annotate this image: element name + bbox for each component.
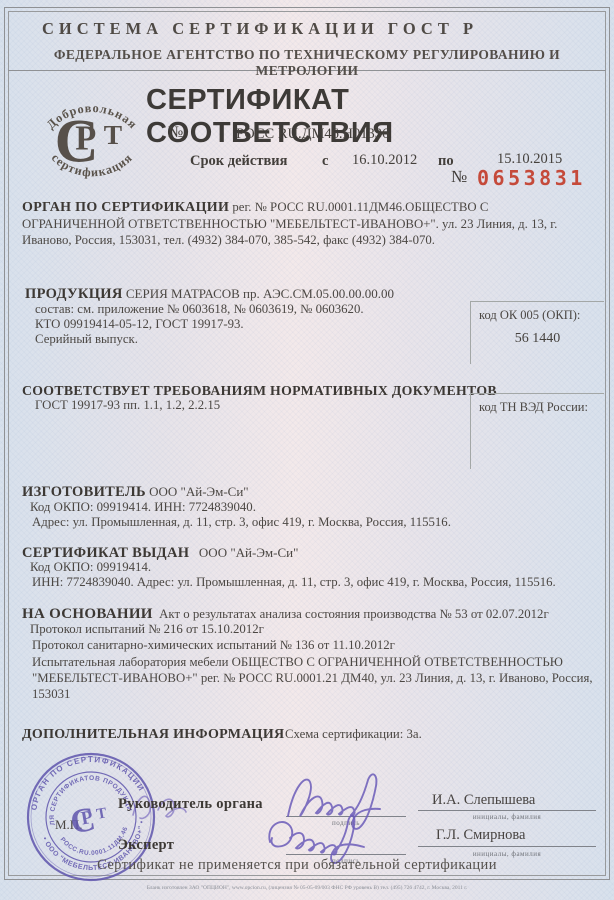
manufacturer-label: ИЗГОТОВИТЕЛЬ (22, 484, 146, 500)
tnved-code-label: код ТН ВЭД России: (479, 400, 604, 415)
basis-label: НА ОСНОВАНИИ (22, 606, 153, 622)
certificate-sheet: СИСТЕМА СЕРТИФИКАЦИИ ГОСТ Р ФЕДЕРАЛЬНОЕ … (0, 0, 614, 900)
name-line-head (418, 794, 596, 811)
validity-label: Срок действия (190, 153, 287, 170)
stamp-rst-monogram: С Р Т (68, 798, 111, 841)
logo-letter-p: Р (75, 120, 96, 158)
conformity-text: ГОСТ 19917-93 пп. 1.1, 1.2, 2.2.15 (35, 398, 220, 413)
name-caption-head: инициалы, фамилия (418, 813, 596, 821)
basis-line: Испытательная лаборатория мебели ОБЩЕСТВ… (32, 654, 594, 702)
okp-code-box: код ОК 005 (ОКП): 56 1440 (470, 301, 604, 364)
product-name: СЕРИЯ МАТРАСОВ пр. АЭС.СМ.05.00.00.00.00 (126, 286, 394, 301)
blank-printer-imprint: Бланк изготовлен ЗАО "ОПЦИОН", www.opcio… (60, 885, 554, 891)
basis-first-line: Акт о результатах анализа состояния прои… (159, 607, 549, 621)
footer-note: Сертификат не применяется при обязательн… (20, 857, 574, 874)
signer-role-head: Руководитель органа (118, 796, 263, 813)
stamp-letter-t: Т (95, 805, 108, 822)
agency-title: ФЕДЕРАЛЬНОЕ АГЕНТСТВО ПО ТЕХНИЧЕСКОМУ РЕ… (20, 47, 594, 79)
manufacturer-name: ООО "Ай-Эм-Си" (149, 484, 248, 499)
issued-to-line: Код ОКПО: 09919414. (30, 560, 590, 575)
basis-line: Протокол испытаний № 216 от 15.10.2012г (30, 622, 590, 637)
additional-info-label: ДОПОЛНИТЕЛЬНАЯ ИНФОРМАЦИЯ (22, 727, 284, 743)
okp-code-value: 56 1440 (471, 331, 604, 347)
blank-number: 0653831 (477, 166, 586, 190)
issued-to-label: СЕРТИФИКАТ ВЫДАН (22, 545, 189, 561)
certification-body-label: ОРГАН ПО СЕРТИФИКАЦИИ (22, 200, 229, 215)
system-title: СИСТЕМА СЕРТИФИКАЦИИ ГОСТ Р (40, 19, 480, 39)
conformity-label: СООТВЕТСТВУЕТ ТРЕБОВАНИЯМ НОРМАТИВНЫХ ДО… (22, 383, 497, 399)
section-certification-body: ОРГАН ПО СЕРТИФИКАЦИИ рег. № РОСС RU.000… (22, 199, 594, 248)
issued-to-name: ООО "Ай-Эм-Си" (199, 545, 298, 560)
validity-date-from: 16.10.2012 (352, 152, 417, 169)
blank-number-sign: № (451, 167, 467, 187)
section-product: ПРОДУКЦИЯ СЕРИЯ МАТРАСОВ пр. АЭС.СМ.05.0… (25, 286, 465, 302)
product-line: КТО 09919414-05-12, ГОСТ 19917-93. (35, 317, 455, 332)
rst-voluntary-certification-logo-icon: Добровольная сертификация С Р Т (33, 85, 151, 185)
cert-number-sign: № (168, 124, 183, 142)
product-line: состав: см. приложение № 0603618, № 0603… (35, 302, 455, 317)
name-line-expert (418, 830, 596, 847)
additional-info-value: Схема сертификации: 3а. (285, 727, 422, 742)
basis-line: Протокол санитарно-химических испытаний … (32, 638, 592, 653)
manufacturer-line: Код ОКПО: 09919414. ИНН: 7724839040. (30, 500, 590, 515)
issued-to-line: ИНН: 7724839040. Адрес: ул. Промышленная… (32, 575, 592, 590)
product-label: ПРОДУКЦИЯ (25, 286, 123, 302)
signer-role-expert: Эксперт (118, 837, 174, 854)
product-line: Серийный выпуск. (35, 332, 455, 347)
okp-code-label: код ОК 005 (ОКП): (479, 308, 604, 323)
section-basis: НА ОСНОВАНИИ Акт о результатах анализа с… (22, 606, 597, 623)
section-manufacturer: ИЗГОТОВИТЕЛЬ ООО "Ай-Эм-Си" (22, 484, 582, 501)
manufacturer-line: Адрес: ул. Промышленная, д. 11, стр. 3, … (32, 515, 592, 530)
validity-from-label: с (322, 153, 328, 170)
logo-letter-t: Т (104, 119, 122, 150)
cert-number: РОСС RU.ДМ46.Н01336 (236, 126, 389, 143)
tnved-code-box: код ТН ВЭД России: (470, 393, 604, 469)
